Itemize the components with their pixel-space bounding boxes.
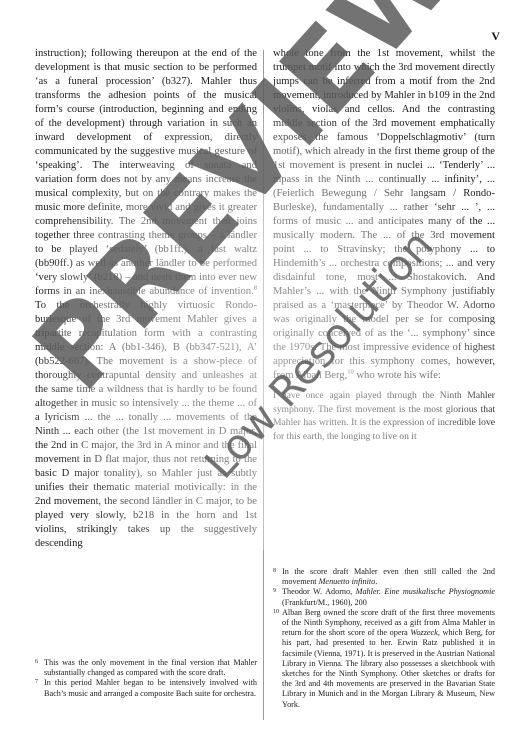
footnote-text-post: , which Berg, for his part, had presente… — [282, 628, 495, 708]
page-number: V — [491, 29, 500, 44]
right-column: whole tone from the 1st movement, whilst… — [273, 47, 495, 443]
footnote-mark: 7 — [35, 678, 44, 698]
footnote-italic: Mahler. Eine musikalische Physiognomie — [356, 587, 495, 596]
footnote: 6 This was the only movement in the fina… — [35, 658, 257, 678]
footnote-text: In the score draft Mahler even then stil… — [282, 567, 495, 587]
footnote-mark: 10 — [273, 608, 282, 710]
footnote-text-pre: Theodor W. Adorno, — [282, 587, 356, 596]
column-divider — [263, 50, 264, 720]
footnotes-right: 8 In the score draft Mahler even then st… — [273, 567, 495, 710]
left-column: instruction); following thereupon at the… — [35, 47, 257, 551]
footnote: 8 In the score draft Mahler even then st… — [273, 567, 495, 587]
footnote-text: In this period Mahler began to be intens… — [44, 678, 257, 698]
footnote: 9 Theodor W. Adorno, Mahler. Eine musika… — [273, 587, 495, 607]
footnote-mark: 8 — [273, 567, 282, 587]
footnotes-left: 6 This was the only movement in the fina… — [35, 658, 257, 699]
body-paragraph: instruction); following thereupon at the… — [35, 47, 257, 551]
footnote-text-post: (Frankfurt/M., 1960), 200 — [282, 598, 367, 607]
footnote: 7 In this period Mahler began to be inte… — [35, 678, 257, 698]
footnote-text: Alban Berg owned the score draft of the … — [282, 608, 495, 710]
paragraph-text-end: who wrote his wife: — [354, 370, 441, 381]
body-paragraph: whole tone from the 1st movement, whilst… — [273, 47, 495, 383]
footnote-mark: 9 — [273, 587, 282, 607]
paragraph-text: whole tone from the 1st movement, whilst… — [273, 48, 495, 381]
footnote-text-post: . — [375, 577, 377, 586]
footnote-ref[interactable]: 8 — [254, 284, 257, 291]
paragraph-text: instruction); following thereupon at the… — [35, 48, 257, 297]
footnote-text-pre: In the score draft Mahler even then stil… — [282, 567, 495, 586]
footnote-text: Theodor W. Adorno, Mahler. Eine musikali… — [282, 587, 495, 607]
footnote-text: This was the only movement in the final … — [44, 658, 257, 678]
footnote: 10 Alban Berg owned the score draft of t… — [273, 608, 495, 710]
footnote-italic: Menuetto infinito — [319, 577, 376, 586]
block-quote: I have once again played through the Nin… — [273, 389, 495, 443]
footnote-mark: 6 — [35, 658, 44, 678]
paragraph-text-cont: To the orchestrally highly virtuosic Ron… — [35, 300, 257, 549]
footnote-italic: Wozzeck — [410, 628, 437, 637]
